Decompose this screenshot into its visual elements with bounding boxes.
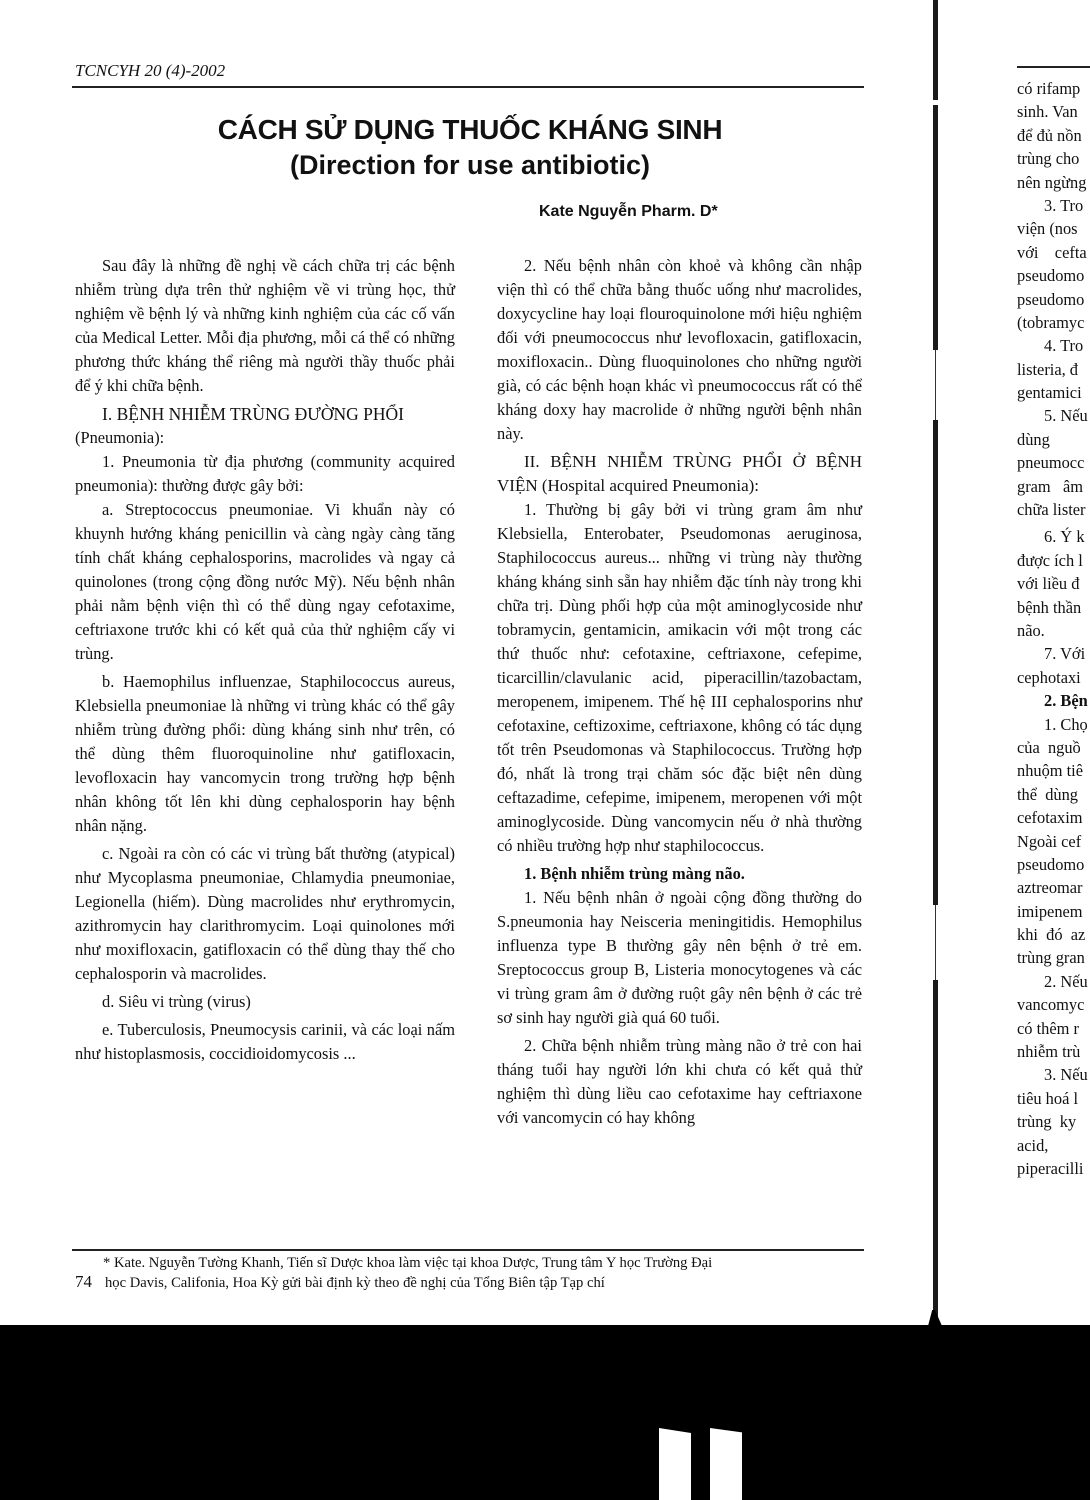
footnote-rule: [72, 1249, 864, 1251]
fragment-line: với liều đ: [1017, 572, 1090, 595]
fragment-line: để đủ nồn: [1017, 124, 1090, 147]
left-column: Sau đây là những đề nghị về cách chữa tr…: [75, 254, 455, 1066]
fragment-line: dùng: [1017, 428, 1090, 451]
scan-artifact: [659, 1428, 691, 1500]
author-line: Kate Nguyễn Pharm. D*: [539, 203, 718, 221]
fragment-line: pneumocc: [1017, 451, 1090, 474]
section-2-heading: II. BỆNH NHIỄM TRÙNG PHỔI Ở BỆNH VIỆN (H…: [497, 450, 862, 498]
fragment-line: não.: [1017, 619, 1090, 642]
paragraph-item-e: e. Tuberculosis, Pneumocysis carinii, và…: [75, 1018, 455, 1066]
fragment-line: 1. Chọ: [1017, 713, 1090, 736]
running-head: TCNCYH 20 (4)-2002: [75, 61, 225, 81]
fragment-line: piperacilli: [1017, 1157, 1090, 1180]
fragment-line: pseudomo: [1017, 288, 1090, 311]
fragment-line: viện (nos: [1017, 217, 1090, 240]
subsection-heading: 1. Bệnh nhiễm trùng màng não.: [497, 862, 862, 886]
article-subtitle: (Direction for use antibiotic): [75, 148, 865, 182]
paragraph-item-d: d. Siêu vi trùng (virus): [75, 990, 455, 1014]
fragment-line: chữa lister: [1017, 498, 1090, 521]
fragment-line: có thêm r: [1017, 1017, 1090, 1040]
fragment-line: 2. Nếu: [1017, 970, 1090, 993]
fragment-line: imipenem: [1017, 900, 1090, 923]
fragment-line: 4. Tro: [1017, 334, 1090, 357]
fragment-line: 3. Tro: [1017, 194, 1090, 217]
gutter-gap: [933, 100, 938, 105]
section-1-heading-cont: (Pneumonia):: [75, 426, 455, 450]
paragraph-item-b: b. Haemophilus influenzae, Staphilococcu…: [75, 670, 455, 838]
fragment-line: vancomyc: [1017, 993, 1090, 1016]
fragment-line: listeria, đ: [1017, 358, 1090, 381]
article-title: CÁCH SỬ DỤNG THUỐC KHÁNG SINH: [75, 113, 865, 147]
fragment-line: gram âm: [1017, 475, 1090, 498]
header-rule: [72, 86, 864, 88]
fragment-line: nhuộm tiê: [1017, 759, 1090, 782]
fragment-line: trùng cho: [1017, 147, 1090, 170]
gutter-line: [935, 905, 936, 980]
scan-artifact: [710, 1428, 742, 1500]
next-page-text: có rifamp sinh. Van để đủ nồn trùng cho …: [1017, 77, 1090, 1180]
fragment-line: sinh. Van: [1017, 100, 1090, 123]
fragment-line: trùng ky: [1017, 1110, 1090, 1133]
scan-black-border: [0, 1325, 1090, 1500]
fragment-line: 5. Nếu: [1017, 404, 1090, 427]
fragment-line: cephotaxi: [1017, 666, 1090, 689]
fragment-heading: 2. Bện: [1017, 689, 1090, 712]
fragment-line: có rifamp: [1017, 77, 1090, 100]
footnote-line-2: học Davis, Califonia, Hoa Kỳ gửi bài địn…: [75, 1273, 865, 1293]
footnote-line-1: * Kate. Nguyễn Tường Khanh, Tiến sĩ Dược…: [75, 1253, 865, 1273]
fragment-line: nhiễm trù: [1017, 1040, 1090, 1063]
fragment-line: tiêu hoá l: [1017, 1087, 1090, 1110]
fragment-line: Ngoài cef: [1017, 830, 1090, 853]
footnote: * Kate. Nguyễn Tường Khanh, Tiến sĩ Dược…: [75, 1253, 865, 1293]
fragment-line: với cefta: [1017, 241, 1090, 264]
fragment-line: của nguồ: [1017, 736, 1090, 759]
fragment-line: cefotaxim: [1017, 806, 1090, 829]
middle-column: 2. Nếu bệnh nhân còn khoẻ và không cần n…: [497, 254, 862, 1130]
fragment-line: nên ngừng: [1017, 171, 1090, 194]
paragraph-item-2: 2. Nếu bệnh nhân còn khoẻ và không cần n…: [497, 254, 862, 446]
paragraph-item-a: a. Streptococcus pneumoniae. Vi khuẩn nà…: [75, 498, 455, 666]
intro-paragraph: Sau đây là những đề nghị về cách chữa tr…: [75, 254, 455, 398]
fragment-line: pseudomo: [1017, 853, 1090, 876]
paragraph-sub-item-1: 1. Nếu bệnh nhân ở ngoài cộng đồng thườn…: [497, 886, 862, 1030]
paragraph-item-1: 1. Pneumonia từ địa phương (community ac…: [75, 450, 455, 498]
gutter-line: [935, 350, 936, 420]
fragment-line: khi đó az: [1017, 923, 1090, 946]
fragment-line: 6. Ý k: [1017, 525, 1090, 548]
paragraph-item-c: c. Ngoài ra còn có các vi trùng bất thườ…: [75, 842, 455, 986]
next-page-fragment: có rifamp sinh. Van để đủ nồn trùng cho …: [1017, 0, 1090, 1325]
page-number: 74: [75, 1272, 92, 1292]
scan-edge: [928, 1310, 942, 1326]
fragment-line: 7. Với: [1017, 642, 1090, 665]
paragraph-section-2-item-1: 1. Thường bị gây bởi vi trùng gram âm nh…: [497, 498, 862, 858]
fragment-line: aztreomar: [1017, 876, 1090, 899]
binding-gutter: [933, 0, 938, 1325]
fragment-line: gentamici: [1017, 381, 1090, 404]
paragraph-sub-item-2: 2. Chữa bệnh nhiễm trùng màng não ở trẻ …: [497, 1034, 862, 1130]
fragment-line: trùng gran: [1017, 946, 1090, 969]
fragment-line: được ích l: [1017, 549, 1090, 572]
fragment-line: pseudomo: [1017, 264, 1090, 287]
fragment-line: 3. Nếu: [1017, 1063, 1090, 1086]
section-1-heading: I. BỆNH NHIỄM TRÙNG ĐƯỜNG PHỔI: [75, 402, 455, 426]
fragment-line: acid,: [1017, 1134, 1090, 1157]
fragment-line: thể dùng: [1017, 783, 1090, 806]
fragment-line: bệnh thần: [1017, 596, 1090, 619]
fragment-line: (tobramyc: [1017, 311, 1090, 334]
